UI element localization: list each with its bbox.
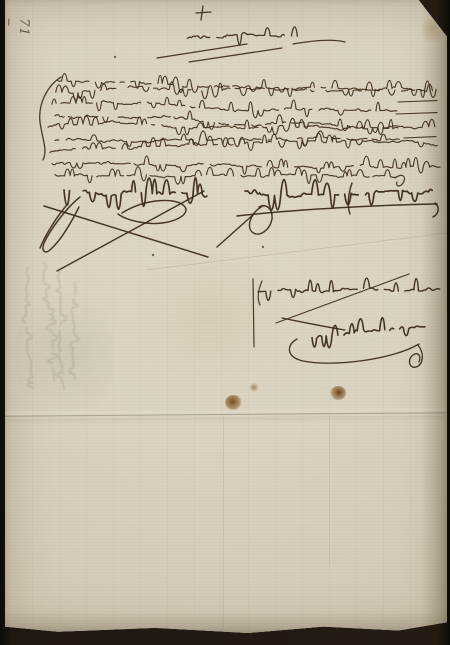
signature-flourish-left	[57, 191, 204, 271]
bleedthrough-line	[56, 271, 66, 389]
handwriting-layer	[0, 0, 450, 645]
signature-flourish-docket-name	[253, 279, 254, 347]
closing-hook	[395, 175, 405, 186]
bleedthrough-line	[70, 282, 79, 379]
bleedthrough-line	[22, 268, 33, 388]
text-line-2	[56, 80, 436, 100]
ink-speck	[152, 254, 154, 256]
signature-flourish-countersignature	[289, 339, 419, 363]
line-filler-dash	[396, 113, 437, 114]
bleedthrough-line	[43, 262, 58, 390]
signature-flourish-right	[237, 204, 437, 216]
text-line-1	[57, 74, 436, 96]
docket-flourish	[293, 40, 345, 44]
signature-countersignature	[312, 318, 425, 348]
signature-flourish-countersignature	[282, 318, 345, 330]
signature-flourish-docket-name	[276, 274, 409, 323]
signature-docket-name	[258, 278, 440, 300]
docket-flourish	[189, 48, 282, 62]
signature-flourish-right	[217, 214, 254, 247]
scan-background: 71	[0, 0, 450, 645]
opening-flourish	[40, 77, 61, 160]
ink-speck	[262, 246, 264, 248]
signature-flourish-docket-name	[258, 281, 262, 305]
line-filler-dash	[398, 101, 437, 102]
signature-flourish-right	[249, 206, 272, 234]
ink-speck	[114, 56, 116, 58]
signature-flourish-left	[43, 197, 80, 252]
line-filler-dash	[404, 137, 436, 138]
text-line-4	[55, 111, 398, 135]
text-line-3	[52, 96, 397, 117]
docket-inscription	[187, 27, 297, 45]
signature-flourish-right	[433, 203, 438, 217]
signature-left	[64, 178, 207, 210]
cross-icon	[196, 12, 211, 13]
signature-flourish-left	[44, 206, 208, 257]
text-line-7	[50, 133, 437, 153]
